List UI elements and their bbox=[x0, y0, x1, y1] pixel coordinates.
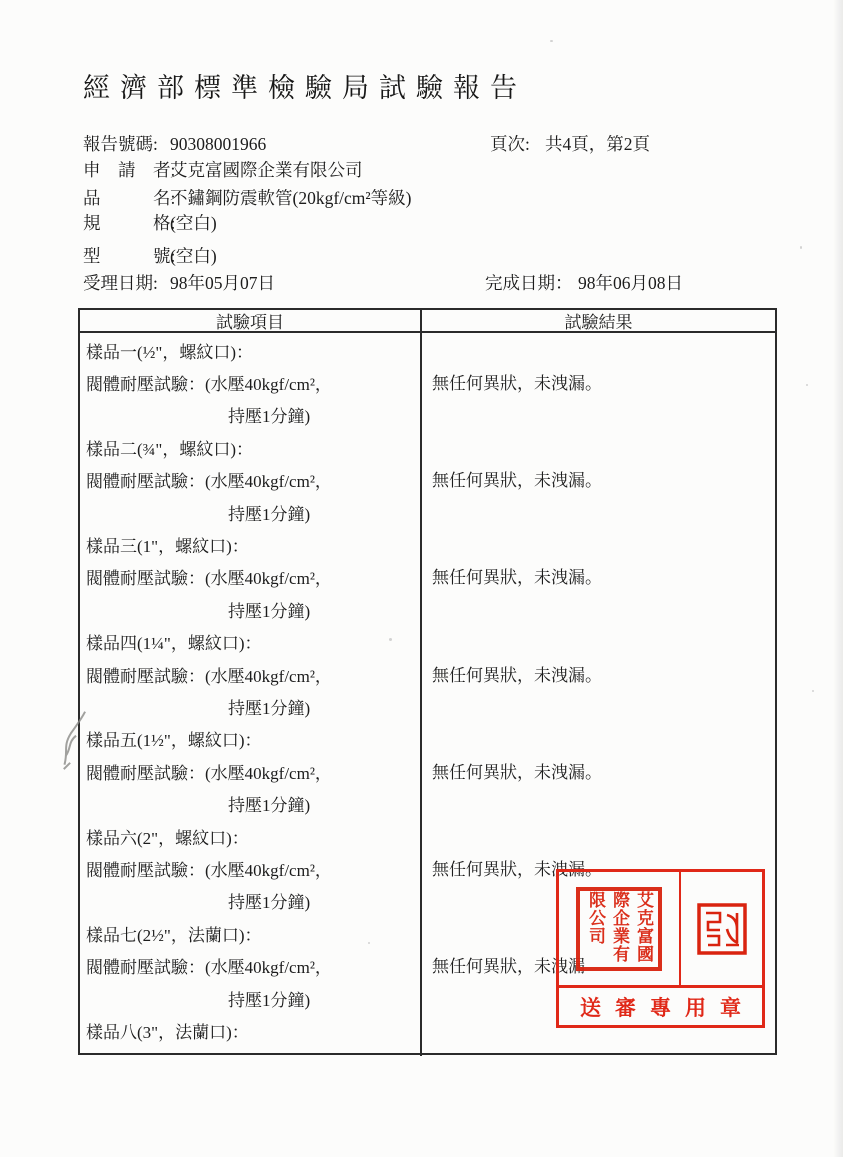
report-number-value: 90308001966 bbox=[170, 131, 266, 157]
test-item-column-header: 試驗項目 bbox=[80, 310, 422, 331]
test-spec-line2: 持壓1分鐘) bbox=[80, 496, 420, 528]
test-spec-line2: 持壓1分鐘) bbox=[80, 690, 420, 722]
pencil-mark-icon bbox=[44, 702, 108, 782]
sample-label: 樣品八(3"，法蘭口)： bbox=[80, 1014, 420, 1046]
complete-date-value: 98年06月08日 bbox=[578, 270, 683, 296]
test-spec-line1: 閥體耐壓試驗：(水壓40kgf/cm²， bbox=[80, 852, 420, 884]
small-seal-icon bbox=[697, 903, 747, 955]
test-spec-line2: 持壓1分鐘) bbox=[80, 593, 420, 625]
scan-speck bbox=[806, 384, 808, 386]
company-seal-icon: 艾克富國際企業有限公司 bbox=[576, 887, 662, 971]
test-result: 無任何異狀，未洩漏。 bbox=[432, 463, 602, 495]
spec-value: (空白) bbox=[170, 210, 217, 236]
sample-label: 樣品六(2"，螺紋口)： bbox=[80, 820, 420, 852]
report-number-label: 報告號碼: bbox=[83, 131, 158, 157]
sample-label: 樣品四(1¼"，螺紋口)： bbox=[80, 626, 420, 658]
spec-label: 規 格: bbox=[83, 210, 175, 236]
sample-label: 樣品五(1½"，螺紋口)： bbox=[80, 723, 420, 755]
model-label: 型 號: bbox=[83, 243, 175, 269]
test-result: 無任何異狀，未洩漏。 bbox=[432, 365, 602, 397]
page-title: 經濟部標準檢驗局試驗報告 bbox=[83, 66, 527, 105]
page-count-label: 頁次: bbox=[490, 131, 530, 157]
table-row: 樣品四(1¼"，螺紋口)： 閥體耐壓試驗：(水壓40kgf/cm²， 持壓1分鐘… bbox=[80, 625, 775, 722]
scan-speck bbox=[812, 690, 814, 692]
table-header-row: 試驗項目 試驗結果 bbox=[80, 310, 775, 333]
model-value: (空白) bbox=[170, 243, 217, 269]
sample-label: 樣品三(1"，螺紋口)： bbox=[80, 528, 420, 560]
test-spec-line2: 持壓1分鐘) bbox=[80, 399, 420, 431]
test-spec-line2: 持壓1分鐘) bbox=[80, 982, 420, 1014]
sample-label: 樣品七(2½"，法蘭口)： bbox=[80, 917, 420, 949]
stamp-caption: 送審專用章 bbox=[580, 992, 755, 1022]
page-count-value: 共4頁，第2頁 bbox=[545, 131, 650, 157]
test-spec-line1: 閥體耐壓試驗：(水壓40kgf/cm²， bbox=[80, 950, 420, 982]
test-spec-line2: 持壓1分鐘) bbox=[80, 788, 420, 820]
product-value: 不鏽鋼防震軟管(20kgf/cm²等級) bbox=[170, 185, 411, 211]
sample-label: 樣品一(½"，螺紋口)： bbox=[80, 334, 420, 366]
test-spec-line1: 閥體耐壓試驗：(水壓40kgf/cm²， bbox=[80, 561, 420, 593]
applicant-value: 艾克富國際企業有限公司 bbox=[170, 157, 363, 183]
table-row: 樣品一(½"，螺紋口)： 閥體耐壓試驗：(水壓40kgf/cm²， 持壓1分鐘)… bbox=[80, 333, 775, 430]
accept-date-value: 98年05月07日 bbox=[170, 270, 275, 296]
test-result: 無任何異狀，未洩漏。 bbox=[432, 754, 602, 786]
test-result: 無任何異狀，未洩漏。 bbox=[432, 560, 602, 592]
scan-speck bbox=[800, 246, 802, 249]
applicant-label: 申 請 者: bbox=[83, 157, 175, 183]
table-row: 樣品二(¾"，螺紋口)： 閥體耐壓試驗：(水壓40kgf/cm²， 持壓1分鐘)… bbox=[80, 430, 775, 527]
test-result: 無任何異狀，未洩漏。 bbox=[432, 657, 602, 689]
test-spec-line2: 持壓1分鐘) bbox=[80, 885, 420, 917]
test-result-column-header: 試驗結果 bbox=[422, 310, 775, 331]
scan-speck bbox=[550, 40, 553, 42]
test-spec-line1: 閥體耐壓試驗：(水壓40kgf/cm²， bbox=[80, 755, 420, 787]
complete-date-label: 完成日期： bbox=[485, 270, 573, 296]
scan-speck bbox=[368, 942, 370, 944]
product-label: 品 名: bbox=[83, 185, 175, 211]
table-row: 樣品三(1"，螺紋口)： 閥體耐壓試驗：(水壓40kgf/cm²， 持壓1分鐘)… bbox=[80, 527, 775, 624]
accept-date-label: 受理日期: bbox=[83, 270, 158, 296]
test-spec-line1: 閥體耐壓試驗：(水壓40kgf/cm²， bbox=[80, 366, 420, 398]
test-spec-line1: 閥體耐壓試驗：(水壓40kgf/cm²， bbox=[80, 464, 420, 496]
scan-speck bbox=[389, 638, 392, 641]
scanned-report-page: 經濟部標準檢驗局試驗報告 報告號碼: 90308001966 頁次: 共4頁，第… bbox=[0, 0, 843, 1157]
test-spec-line1: 閥體耐壓試驗：(水壓40kgf/cm²， bbox=[80, 658, 420, 690]
table-row: 樣品五(1½"，螺紋口)： 閥體耐壓試驗：(水壓40kgf/cm²， 持壓1分鐘… bbox=[80, 722, 775, 819]
submission-stamp: 艾克富國際企業有限公司 送審專用章 bbox=[556, 869, 765, 1028]
sample-label: 樣品二(¾"，螺紋口)： bbox=[80, 431, 420, 463]
